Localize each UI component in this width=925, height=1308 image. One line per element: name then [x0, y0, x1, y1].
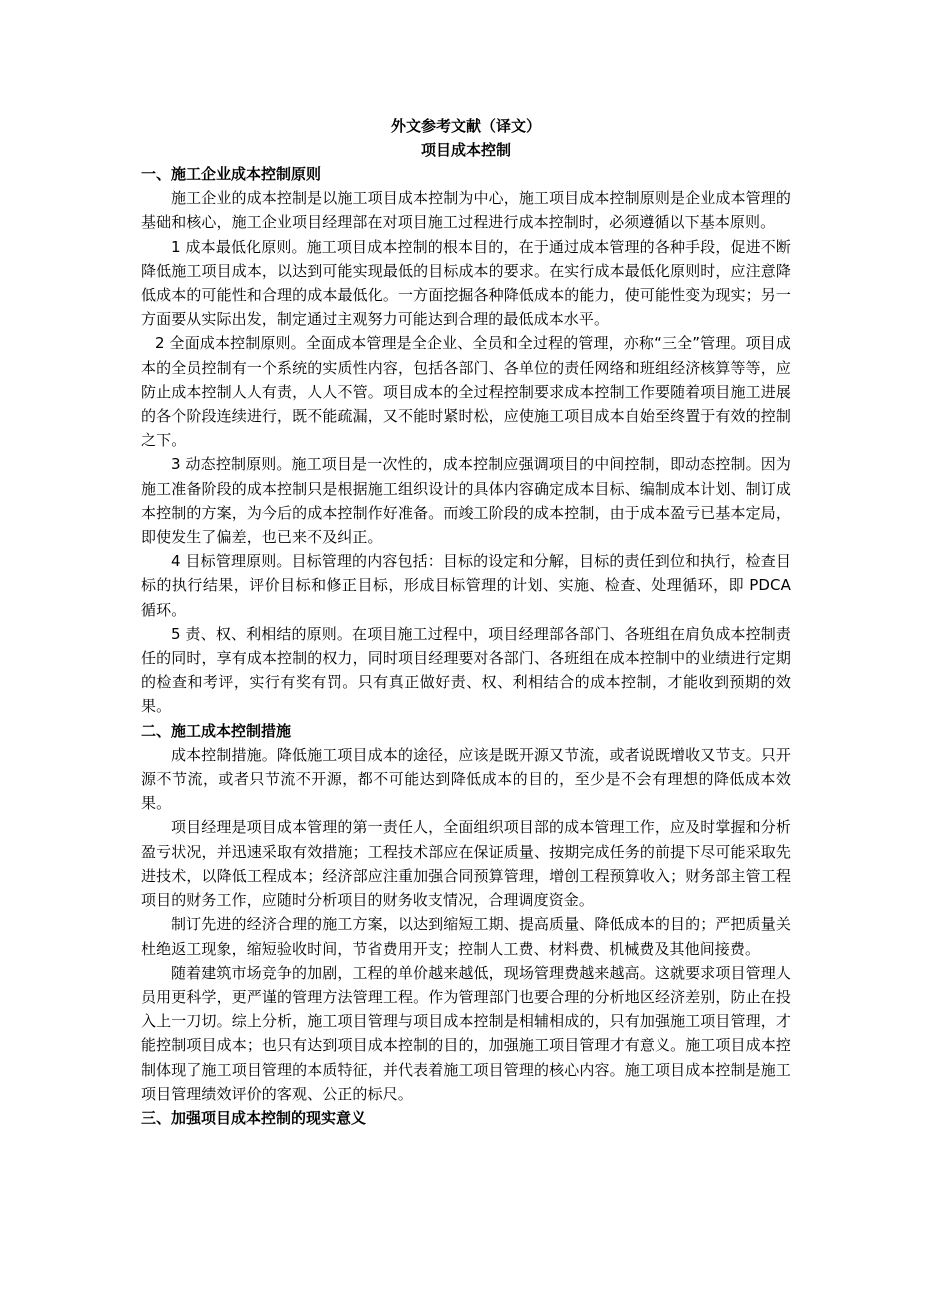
paragraph-measures-2: 项目经理是项目成本管理的第一责任人，全面组织项目部的成本管理工作，应及时掌握和分… [141, 815, 791, 912]
paragraph-principle-4: 4 目标管理原则。目标管理的内容包括：目标的设定和分解，目标的责任到位和执行，检… [141, 549, 791, 622]
section-heading-3: 三、加强项目成本控制的现实意义 [141, 1106, 791, 1130]
paragraph-intro: 施工企业的成本控制是以施工项目成本控制为中心，施工项目成本控制原则是企业成本管理… [141, 186, 791, 234]
section-heading-1: 一、施工企业成本控制原则 [141, 162, 791, 186]
paragraph-principle-2: 2 全面成本控制原则。全面成本管理是全企业、全员和全过程的管理，亦称“三全”管理… [141, 331, 791, 452]
document-page: 外文参考文献（译文） 项目成本控制 一、施工企业成本控制原则 施工企业的成本控制… [141, 114, 791, 1130]
document-subtitle: 项目成本控制 [141, 138, 791, 162]
paragraph-principle-3: 3 动态控制原则。施工项目是一次性的，成本控制应强调项目的中间控制，即动态控制。… [141, 452, 791, 549]
paragraph-principle-1: 1 成本最低化原则。施工项目成本控制的根本目的，在于通过成本管理的各种手段，促进… [141, 235, 791, 332]
paragraph-measures-3: 制订先进的经济合理的施工方案，以达到缩短工期、提高质量、降低成本的目的；严把质量… [141, 912, 791, 960]
paragraph-principle-5: 5 责、权、利相结的原则。在项目施工过程中，项目经理部各部门、各班组在肩负成本控… [141, 622, 791, 719]
document-title: 外文参考文献（译文） [141, 114, 791, 138]
section-heading-2: 二、施工成本控制措施 [141, 719, 791, 743]
paragraph-measures-4: 随着建筑市场竞争的加剧，工程的单价越来越低，现场管理费越来越高。这就要求项目管理… [141, 961, 791, 1106]
paragraph-measures-1: 成本控制措施。降低施工项目成本的途径，应该是既开源又节流，或者说既增收又节支。只… [141, 743, 791, 816]
